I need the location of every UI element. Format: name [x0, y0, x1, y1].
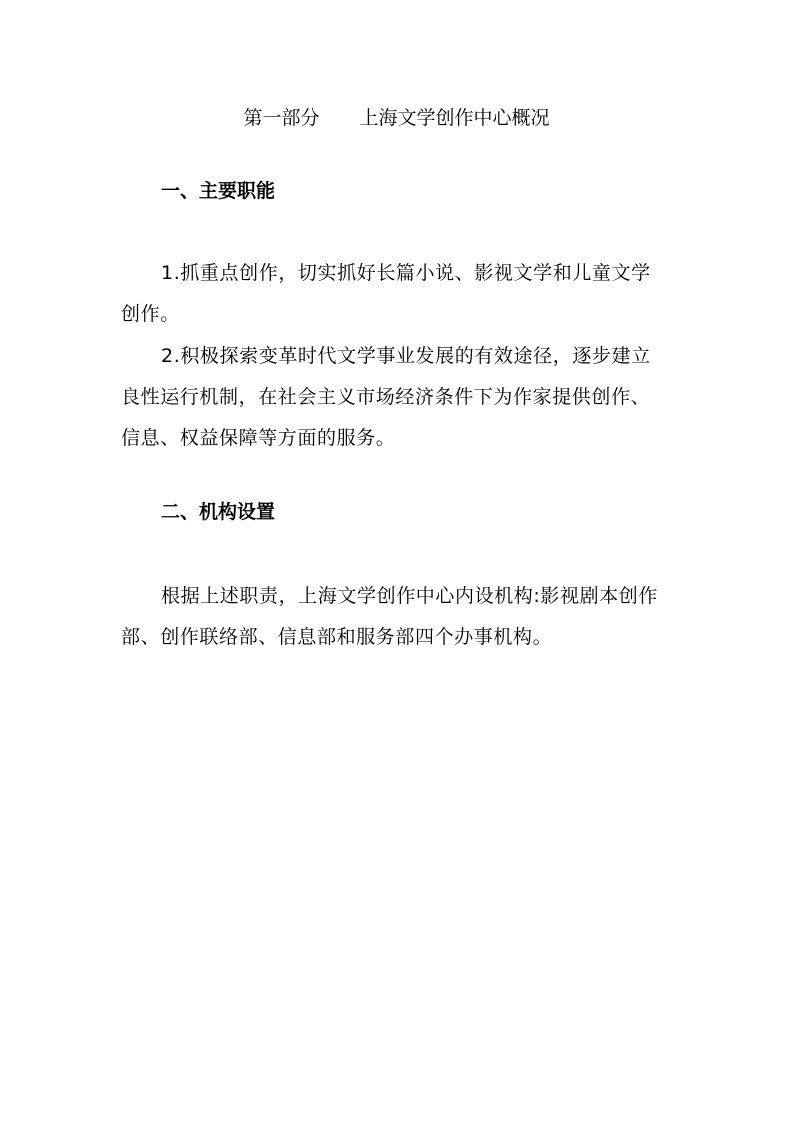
section-heading-main-functions: 一、主要职能: [161, 177, 275, 205]
paragraph-organization: 根据上述职责，上海文学创作中心内设机构:影视剧本创作部、创作联络部、信息部和服务…: [121, 576, 669, 658]
title-part-label: 第一部分: [243, 107, 319, 129]
section-heading-organization: 二、机构设置: [161, 498, 275, 526]
document-page: 第一部分上海文学创作中心概况 一、主要职能 1.抓重点创作，切实抓好长篇小说、影…: [0, 0, 793, 1122]
page-title: 第一部分上海文学创作中心概况: [0, 104, 793, 132]
paragraph-function-1: 1.抓重点创作，切实抓好长篇小说、影视文学和儿童文学创作。: [121, 253, 669, 335]
title-main-label: 上海文学创作中心概况: [360, 107, 550, 129]
paragraph-function-2: 2.积极探索变革时代文学事业发展的有效途径，逐步建立良性运行机制，在社会主义市场…: [121, 336, 669, 459]
